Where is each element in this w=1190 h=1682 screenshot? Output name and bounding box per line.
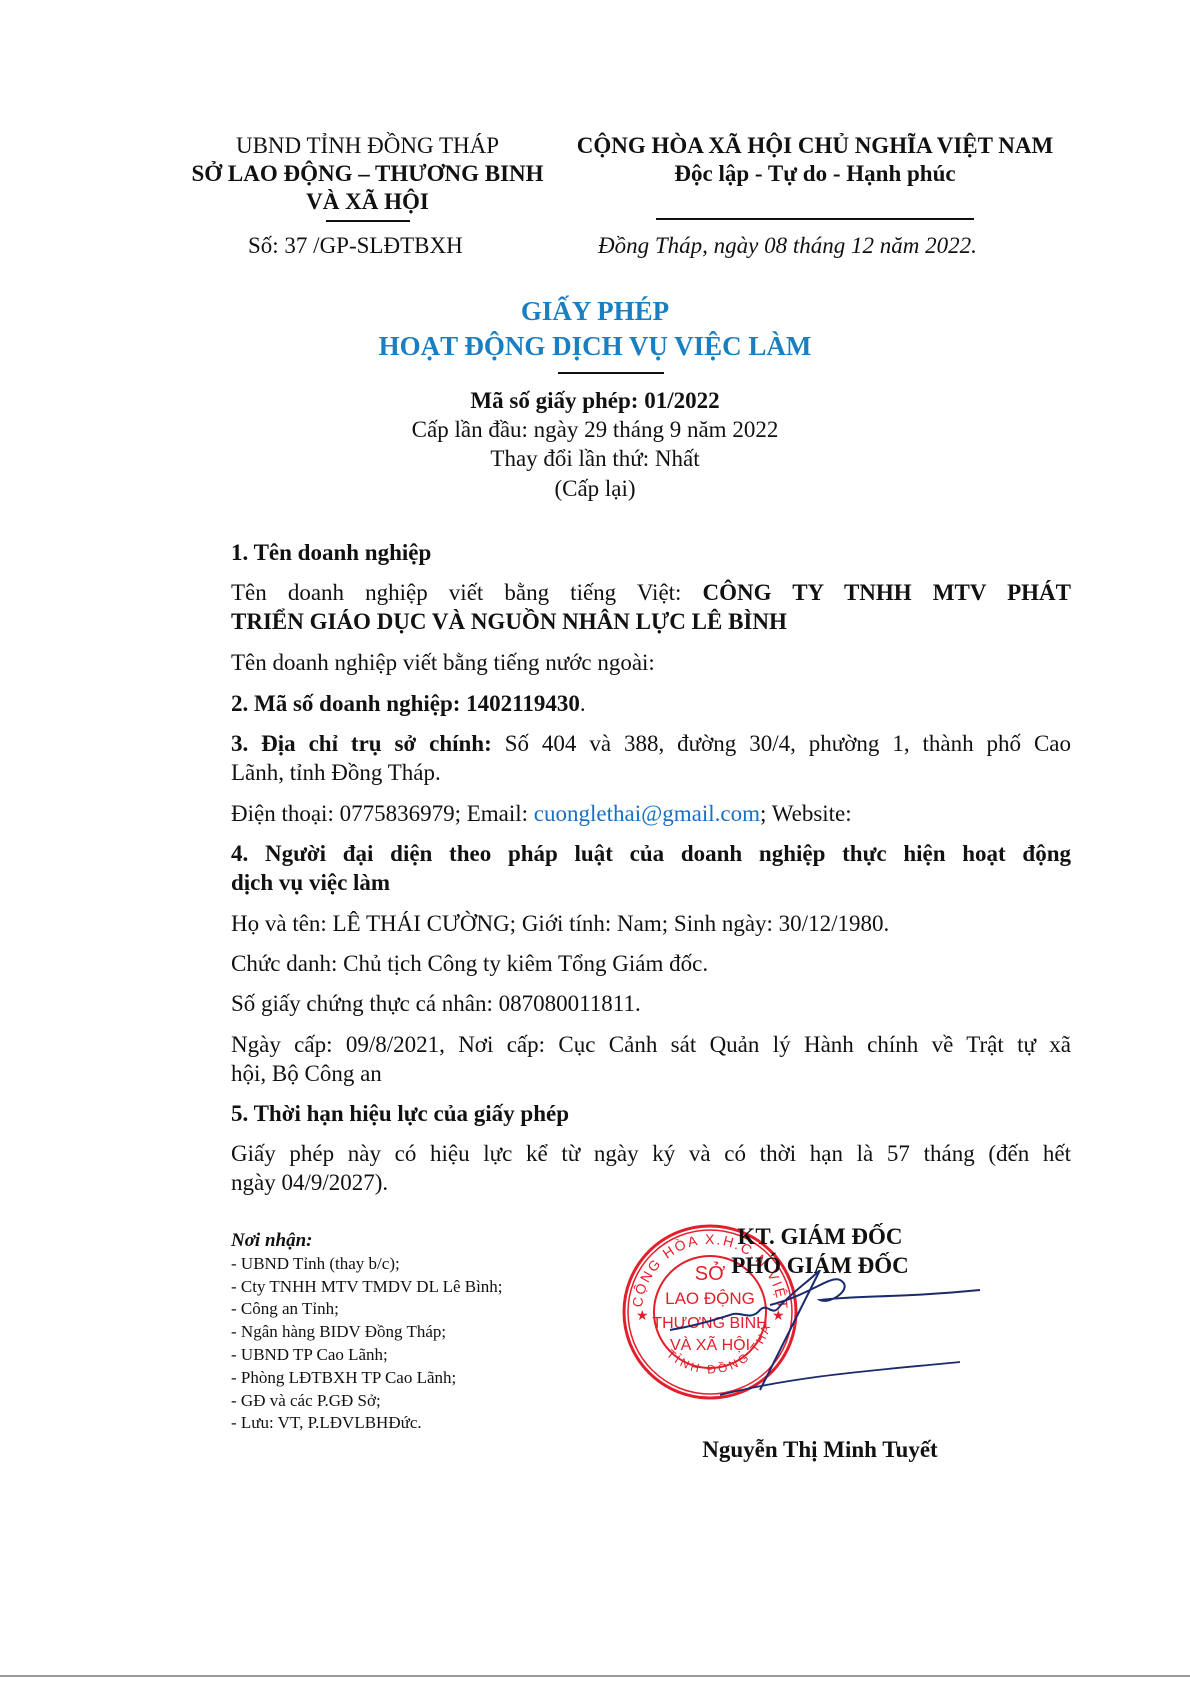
- national-header-block: CỘNG HÒA XÃ HỘI CHỦ NGHĨA VIỆT NAM Độc l…: [560, 132, 1070, 220]
- recipient-item: - Lưu: VT, P.LĐVLBHĐức.: [231, 1412, 503, 1435]
- enterprise-code: 2. Mã số doanh nghiệp: 1402119430: [231, 691, 580, 716]
- recipient-item: - UBND Tỉnh (thay b/c);: [231, 1253, 503, 1276]
- handwritten-signature-icon: [660, 1270, 1000, 1410]
- document-number: Số: 37 /GP-SLĐTBXH: [248, 233, 463, 259]
- provincial-authority: UBND TỈNH ĐỒNG THÁP: [170, 132, 565, 160]
- id-issue-line1: Ngày cấp: 09/8/2021, Nơi cấp: Cục Cảnh s…: [231, 1030, 1071, 1060]
- address-label: 3. Địa chỉ trụ sở chính:: [231, 731, 505, 756]
- national-motto: Độc lập - Tự do - Hạnh phúc: [560, 160, 1070, 188]
- issuing-authority-block: UBND TỈNH ĐỒNG THÁP SỞ LAO ĐỘNG – THƯƠNG…: [170, 132, 565, 222]
- id-issue-line2: hội, Bộ Công an: [231, 1059, 1071, 1089]
- section-5-heading: 5. Thời hạn hiệu lực của giấy phép: [231, 1099, 1071, 1129]
- address-line2: Lãnh, tỉnh Đồng Tháp.: [231, 758, 1071, 788]
- section-1-heading: 1. Tên doanh nghiệp: [231, 538, 1071, 568]
- validity-line2: ngày 04/9/2027).: [231, 1168, 1071, 1198]
- email-link[interactable]: cuonglethai@gmail.com: [534, 801, 760, 826]
- signature-title-line1: KT. GIÁM ĐỐC: [660, 1222, 980, 1251]
- recipients-heading: Nơi nhận:: [231, 1230, 503, 1253]
- company-vietnamese-name-line1: Tên doanh nghiệp viết bằng tiếng Việt: C…: [231, 578, 1071, 608]
- representative-title: Chức danh: Chủ tịch Công ty kiêm Tổng Gi…: [231, 949, 1071, 979]
- representative-id: Số giấy chứng thực cá nhân: 087080011811…: [231, 989, 1071, 1019]
- section-2-enterprise-code: 2. Mã số doanh nghiệp: 1402119430.: [231, 689, 1071, 719]
- section-4-heading-b: dịch vụ việc làm: [231, 868, 1071, 898]
- period: .: [580, 691, 586, 716]
- place-and-date: Đồng Tháp, ngày 08 tháng 12 năm 2022.: [598, 233, 977, 259]
- recipient-item: - Phòng LĐTBXH TP Cao Lãnh;: [231, 1367, 503, 1390]
- company-vietnamese-name-a: CÔNG TY TNHH MTV PHÁT: [703, 580, 1071, 605]
- reissue-note: (Cấp lại): [0, 476, 1190, 502]
- first-issued-date: Cấp lần đầu: ngày 29 tháng 9 năm 2022: [0, 417, 1190, 443]
- validity-line1: Giấy phép này có hiệu lực kể từ ngày ký …: [231, 1139, 1071, 1169]
- website: ; Website:: [760, 801, 852, 826]
- company-foreign-name: Tên doanh nghiệp viết bằng tiếng nước ng…: [231, 648, 1071, 678]
- section-3-address-line1: 3. Địa chỉ trụ sở chính: Số 404 và 388, …: [231, 729, 1071, 759]
- header-left-divider: [326, 220, 410, 222]
- page-bottom-edge: [0, 1675, 1190, 1677]
- license-number: Mã số giấy phép: 01/2022: [0, 388, 1190, 414]
- company-vietnamese-name-b: TRIỂN GIÁO DỤC VÀ NGUỒN NHÂN LỰC LÊ BÌNH: [231, 607, 1071, 637]
- recipient-item: - GĐ và các P.GĐ Sở;: [231, 1390, 503, 1413]
- title-divider: [558, 372, 664, 374]
- document-title: GIẤY PHÉP: [0, 296, 1190, 327]
- department-name-line1: SỞ LAO ĐỘNG – THƯƠNG BINH: [170, 160, 565, 188]
- address-line1: Số 404 và 388, đường 30/4, phường 1, thà…: [505, 731, 1071, 756]
- recipient-item: - Cty TNHH MTV TMDV DL Lê Bình;: [231, 1276, 503, 1299]
- country-name: CỘNG HÒA XÃ HỘI CHỦ NGHĨA VIỆT NAM: [560, 132, 1070, 160]
- phone: Điện thoại: 0775836979; Email:: [231, 801, 534, 826]
- contact-line: Điện thoại: 0775836979; Email: cuongleth…: [231, 799, 1071, 829]
- recipients-block: Nơi nhận: - UBND Tỉnh (thay b/c); - Cty …: [231, 1230, 503, 1435]
- recipient-item: - Ngân hàng BIDV Đồng Tháp;: [231, 1321, 503, 1344]
- recipient-item: - Công an Tỉnh;: [231, 1298, 503, 1321]
- change-count: Thay đổi lần thứ: Nhất: [0, 446, 1190, 472]
- svg-text:★: ★: [636, 1309, 649, 1324]
- signer-name: Nguyễn Thị Minh Tuyết: [660, 1437, 980, 1463]
- document-subtitle: HOẠT ĐỘNG DỊCH VỤ VIỆC LÀM: [0, 331, 1190, 362]
- representative-name: Họ và tên: LÊ THÁI CƯỜNG; Giới tính: Nam…: [231, 909, 1071, 939]
- header-right-divider: [656, 218, 974, 220]
- company-vietnamese-label: Tên doanh nghiệp viết bằng tiếng Việt:: [231, 580, 703, 605]
- section-4-heading-a: 4. Người đại diện theo pháp luật của doa…: [231, 839, 1071, 869]
- recipient-item: - UBND TP Cao Lãnh;: [231, 1344, 503, 1367]
- department-name-line2: VÀ XÃ HỘI: [170, 188, 565, 216]
